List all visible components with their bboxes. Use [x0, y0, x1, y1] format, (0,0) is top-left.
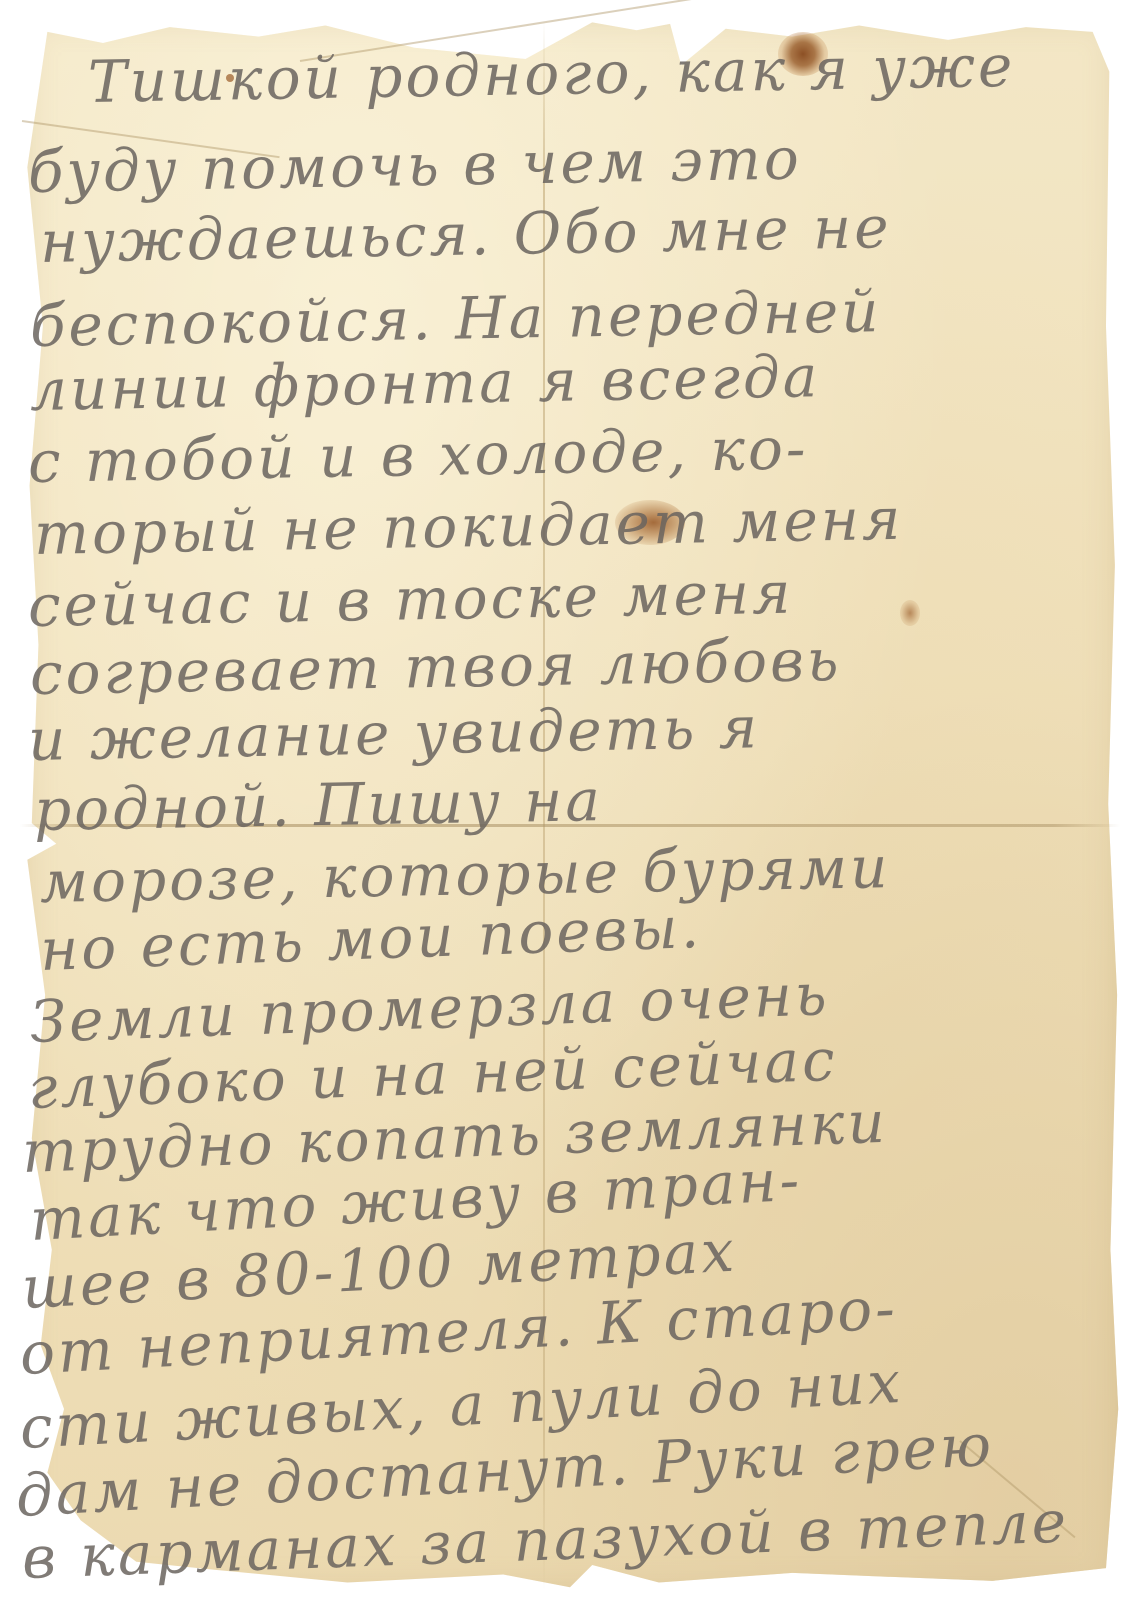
letter-line: и желание увидеть я: [27, 693, 760, 774]
letter-line: нуждаешься. Обо мне не: [39, 193, 892, 276]
letter-line: с тобой и в холоде, ко-: [27, 414, 809, 496]
letter-body: Тишкой родного, как я уже буду помочь в …: [0, 0, 1144, 1612]
letter-line: линии фронта я всегда: [29, 342, 820, 424]
letter-line: родной. Пишу на: [33, 766, 603, 844]
letter-line: Тишкой родного, как я уже: [87, 32, 1015, 116]
letter-line: буду помочь в чем это: [27, 125, 802, 206]
letter-line: торый не покидает меня: [33, 485, 903, 568]
